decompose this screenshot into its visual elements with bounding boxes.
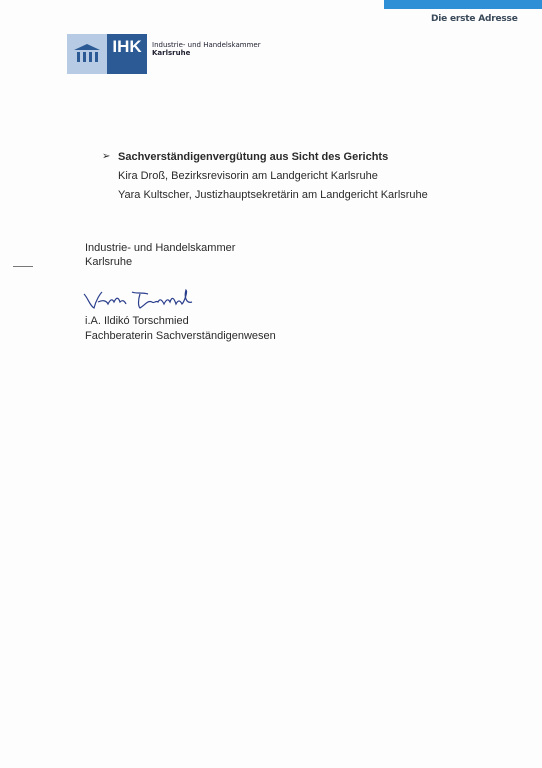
bullet-arrow-icon: ➢ [102, 151, 110, 162]
closing-org-line2: Karlsruhe [85, 256, 132, 268]
logo-abbr: IHK [107, 34, 147, 74]
speaker-line: Kira Droß, Bezirksrevisorin am Landgeric… [118, 170, 378, 182]
closing-org-line1: Industrie- und Handelskammer [85, 242, 235, 254]
ihk-logo: IHK [67, 34, 147, 74]
logo-emblem [67, 34, 107, 74]
building-columns-icon [74, 44, 100, 64]
tagline: Die erste Adresse [431, 14, 518, 24]
handwritten-signature [82, 288, 202, 314]
agenda-item-title: Sachverständigenvergütung aus Sicht des … [118, 151, 388, 163]
logo-name-line1: Industrie- und Handelskammer [152, 41, 261, 49]
signer-name: i.A. Ildikó Torschmied [85, 315, 189, 327]
fold-mark [13, 266, 33, 267]
top-accent-bar [384, 0, 542, 9]
logo-text: Industrie- und Handelskammer Karlsruhe [152, 41, 261, 57]
speaker-line: Yara Kultscher, Justizhauptsekretärin am… [118, 189, 428, 201]
logo-name-line2: Karlsruhe [152, 49, 261, 57]
signer-role: Fachberaterin Sachverständigenwesen [85, 330, 276, 342]
